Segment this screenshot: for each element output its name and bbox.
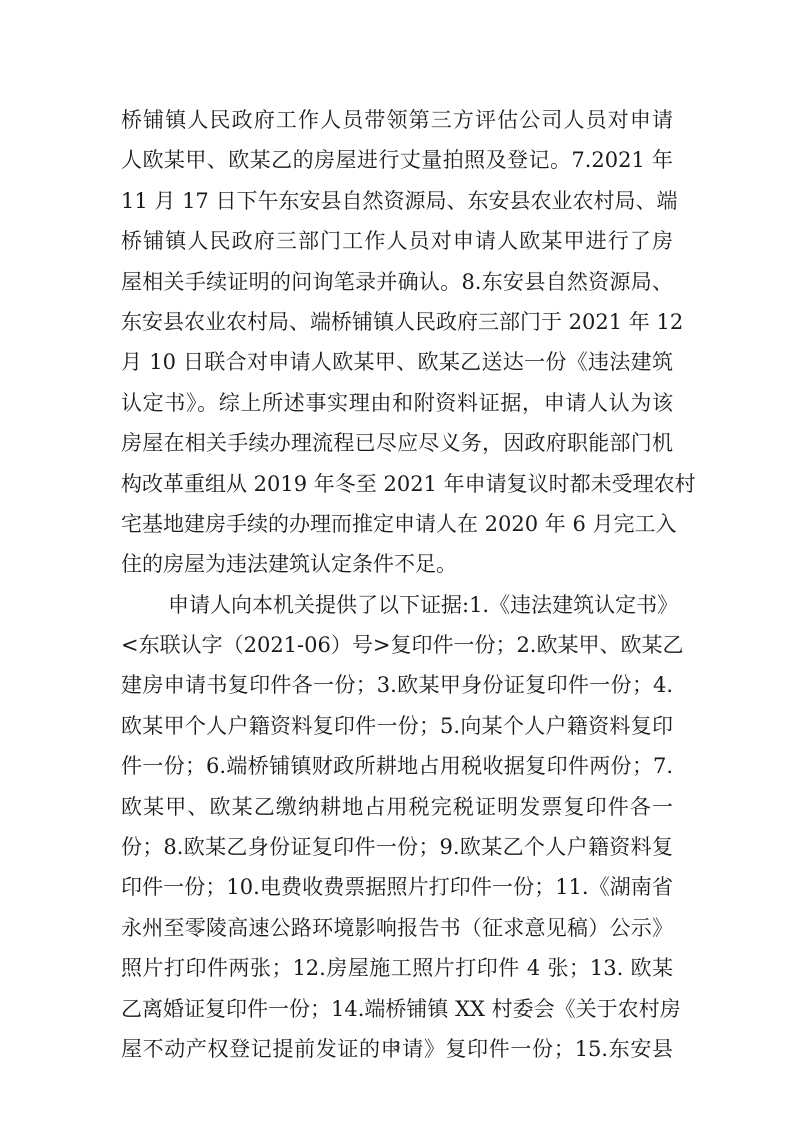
text-line: 乙离婚证复印件一份；14.端桥铺镇 XX 村委会《关于农村房: [121, 989, 673, 1029]
text-line: 宅基地建房手续的办理而推定申请人在 2020 年 6 月完工入: [121, 504, 673, 544]
text-line: 印件一份；10.电费收费票据照片打印件一份；11.《湖南省: [121, 867, 673, 907]
text-line: 照片打印件两张；12.房屋施工照片打印件 4 张；13. 欧某: [121, 948, 673, 988]
paragraph-1: 桥铺镇人民政府工作人员带领第三方评估公司人员对申请 人欧某甲、欧某乙的房屋进行丈…: [121, 100, 673, 585]
text-line: 永州至零陵高速公路环境影响报告书（征求意见稿）公示》: [121, 908, 673, 948]
text-line: 建房申请书复印件各一份；3.欧某甲身份证复印件一份；4.: [121, 665, 673, 705]
text-line: 件一份；6.端桥铺镇财政所耕地占用税收据复印件两份；7.: [121, 746, 673, 786]
text-line: 欧某甲、欧某乙缴纳耕地占用税完税证明发票复印件各一: [121, 787, 673, 827]
document-page: 桥铺镇人民政府工作人员带领第三方评估公司人员对申请 人欧某甲、欧某乙的房屋进行丈…: [0, 0, 793, 1122]
text-line: 屋相关手续证明的问询笔录并确认。8.东安县自然资源局、: [121, 262, 673, 302]
text-line: 认定书》。综上所述事实理由和附资料证据，申请人认为该: [121, 383, 673, 423]
text-line: 申请人向本机关提供了以下证据:1.《违法建筑认定书》: [121, 585, 673, 625]
text-line: 东安县农业农村局、端桥铺镇人民政府三部门于 2021 年 12: [121, 302, 673, 342]
page-number: 3: [0, 1038, 793, 1053]
text-line: 房屋在相关手续办理流程已尽应尽义务，因政府职能部门机: [121, 423, 673, 463]
text-line: 份；8.欧某乙身份证复印件一份；9.欧某乙个人户籍资料复: [121, 827, 673, 867]
text-line: 桥铺镇人民政府三部门工作人员对申请人欧某甲进行了房: [121, 221, 673, 261]
text-line: <东联认字（2021-06）号>复印件一份；2.欧某甲、欧某乙: [121, 625, 673, 665]
text-line: 欧某甲个人户籍资料复印件一份；5.向某个人户籍资料复印: [121, 706, 673, 746]
text-line: 11 月 17 日下午东安县自然资源局、东安县农业农村局、端: [121, 181, 673, 221]
text-line: 桥铺镇人民政府工作人员带领第三方评估公司人员对申请: [121, 100, 673, 140]
text-line: 人欧某甲、欧某乙的房屋进行丈量拍照及登记。7.2021 年: [121, 140, 673, 180]
text-line: 住的房屋为违法建筑认定条件不足。: [121, 544, 673, 584]
text-line: 构改革重组从 2019 年冬至 2021 年申请复议时都未受理农村: [121, 464, 673, 504]
body-text: 桥铺镇人民政府工作人员带领第三方评估公司人员对申请 人欧某甲、欧某乙的房屋进行丈…: [121, 100, 673, 1069]
text-line: 月 10 日联合对申请人欧某甲、欧某乙送达一份《违法建筑: [121, 342, 673, 382]
paragraph-2: 申请人向本机关提供了以下证据:1.《违法建筑认定书》 <东联认字（2021-06…: [121, 585, 673, 1070]
